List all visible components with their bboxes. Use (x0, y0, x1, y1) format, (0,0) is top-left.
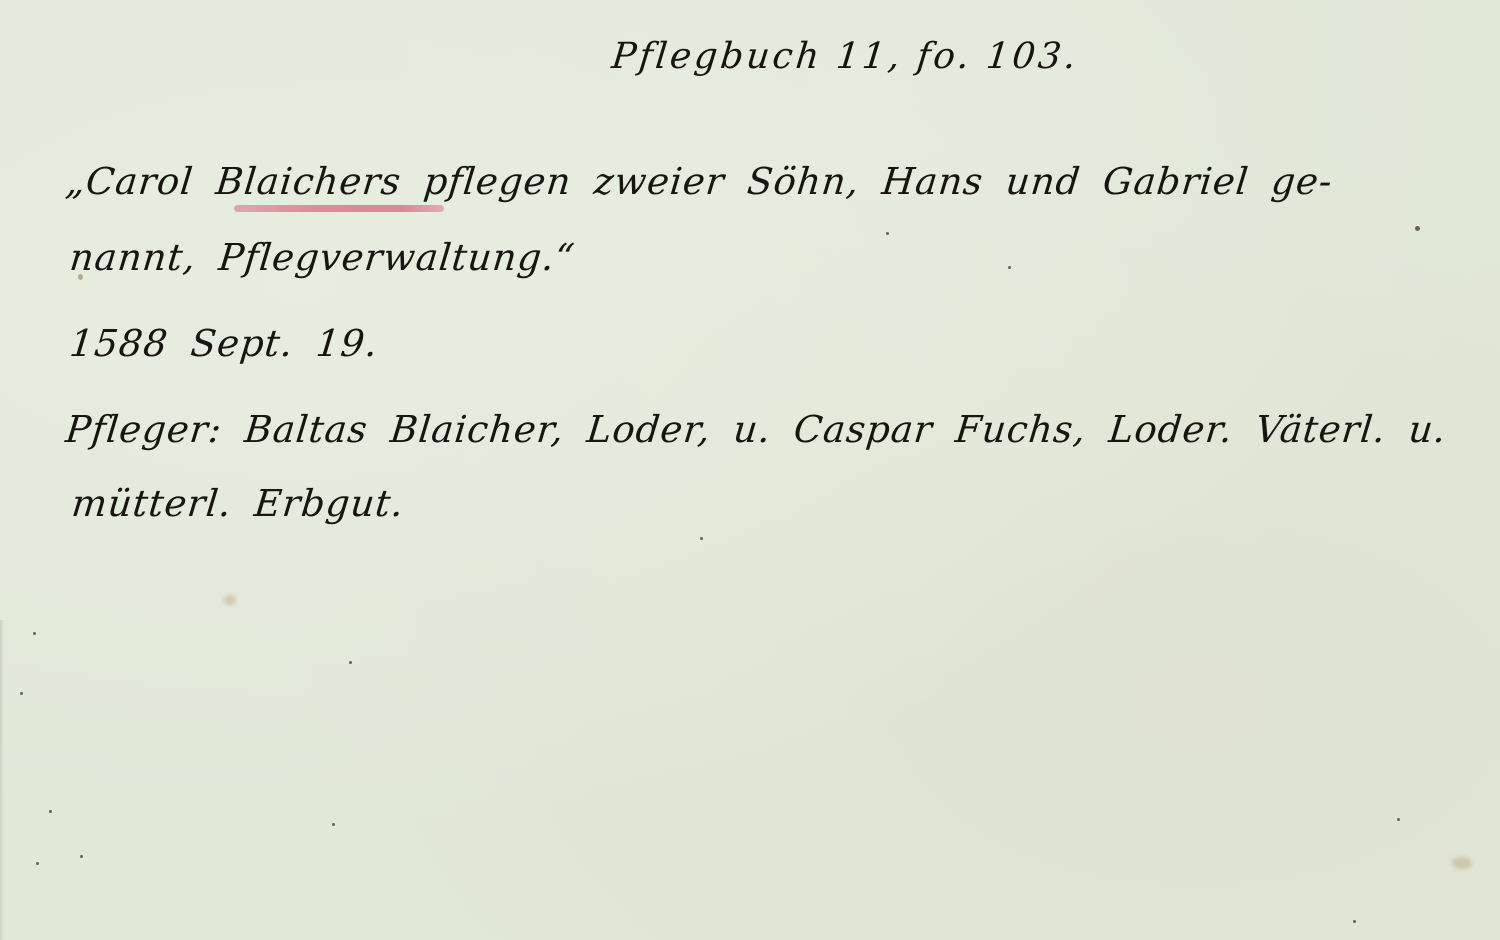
paper-speck (80, 855, 83, 858)
paper-speck (1415, 226, 1420, 231)
paper-speck (20, 692, 23, 695)
text-line-1: „Carol Blaichers pflegen zweier Söhn, Ha… (64, 160, 1335, 203)
paper-speck (33, 632, 36, 635)
paper-speck (36, 862, 39, 865)
card-edge-shadow (0, 620, 4, 940)
paper-speck (349, 661, 352, 664)
date-line: 1588 Sept. 19. (68, 322, 381, 365)
paper-speck (1353, 920, 1356, 923)
text-line-inheritance: mütterl. Erbgut. (70, 482, 407, 525)
paper-speck (1397, 818, 1400, 821)
paper-stain (1452, 857, 1472, 869)
index-card: Pflegbuch 11, fo. 103. „Carol Blaichers … (0, 0, 1500, 940)
red-underline-highlight (234, 205, 444, 212)
paper-speck (886, 232, 889, 235)
card-header-reference: Pflegbuch 11, fo. 103. (610, 36, 1081, 77)
paper-speck (78, 274, 83, 280)
text-line-2: nannt, Pflegverwaltung.“ (68, 236, 577, 279)
paper-speck (332, 823, 335, 826)
paper-speck (49, 810, 52, 813)
paper-speck (700, 537, 703, 540)
text-line-guardians: Pfleger: Baltas Blaicher, Loder, u. Casp… (64, 408, 1449, 451)
paper-stain (224, 595, 236, 605)
paper-speck (1008, 266, 1011, 269)
